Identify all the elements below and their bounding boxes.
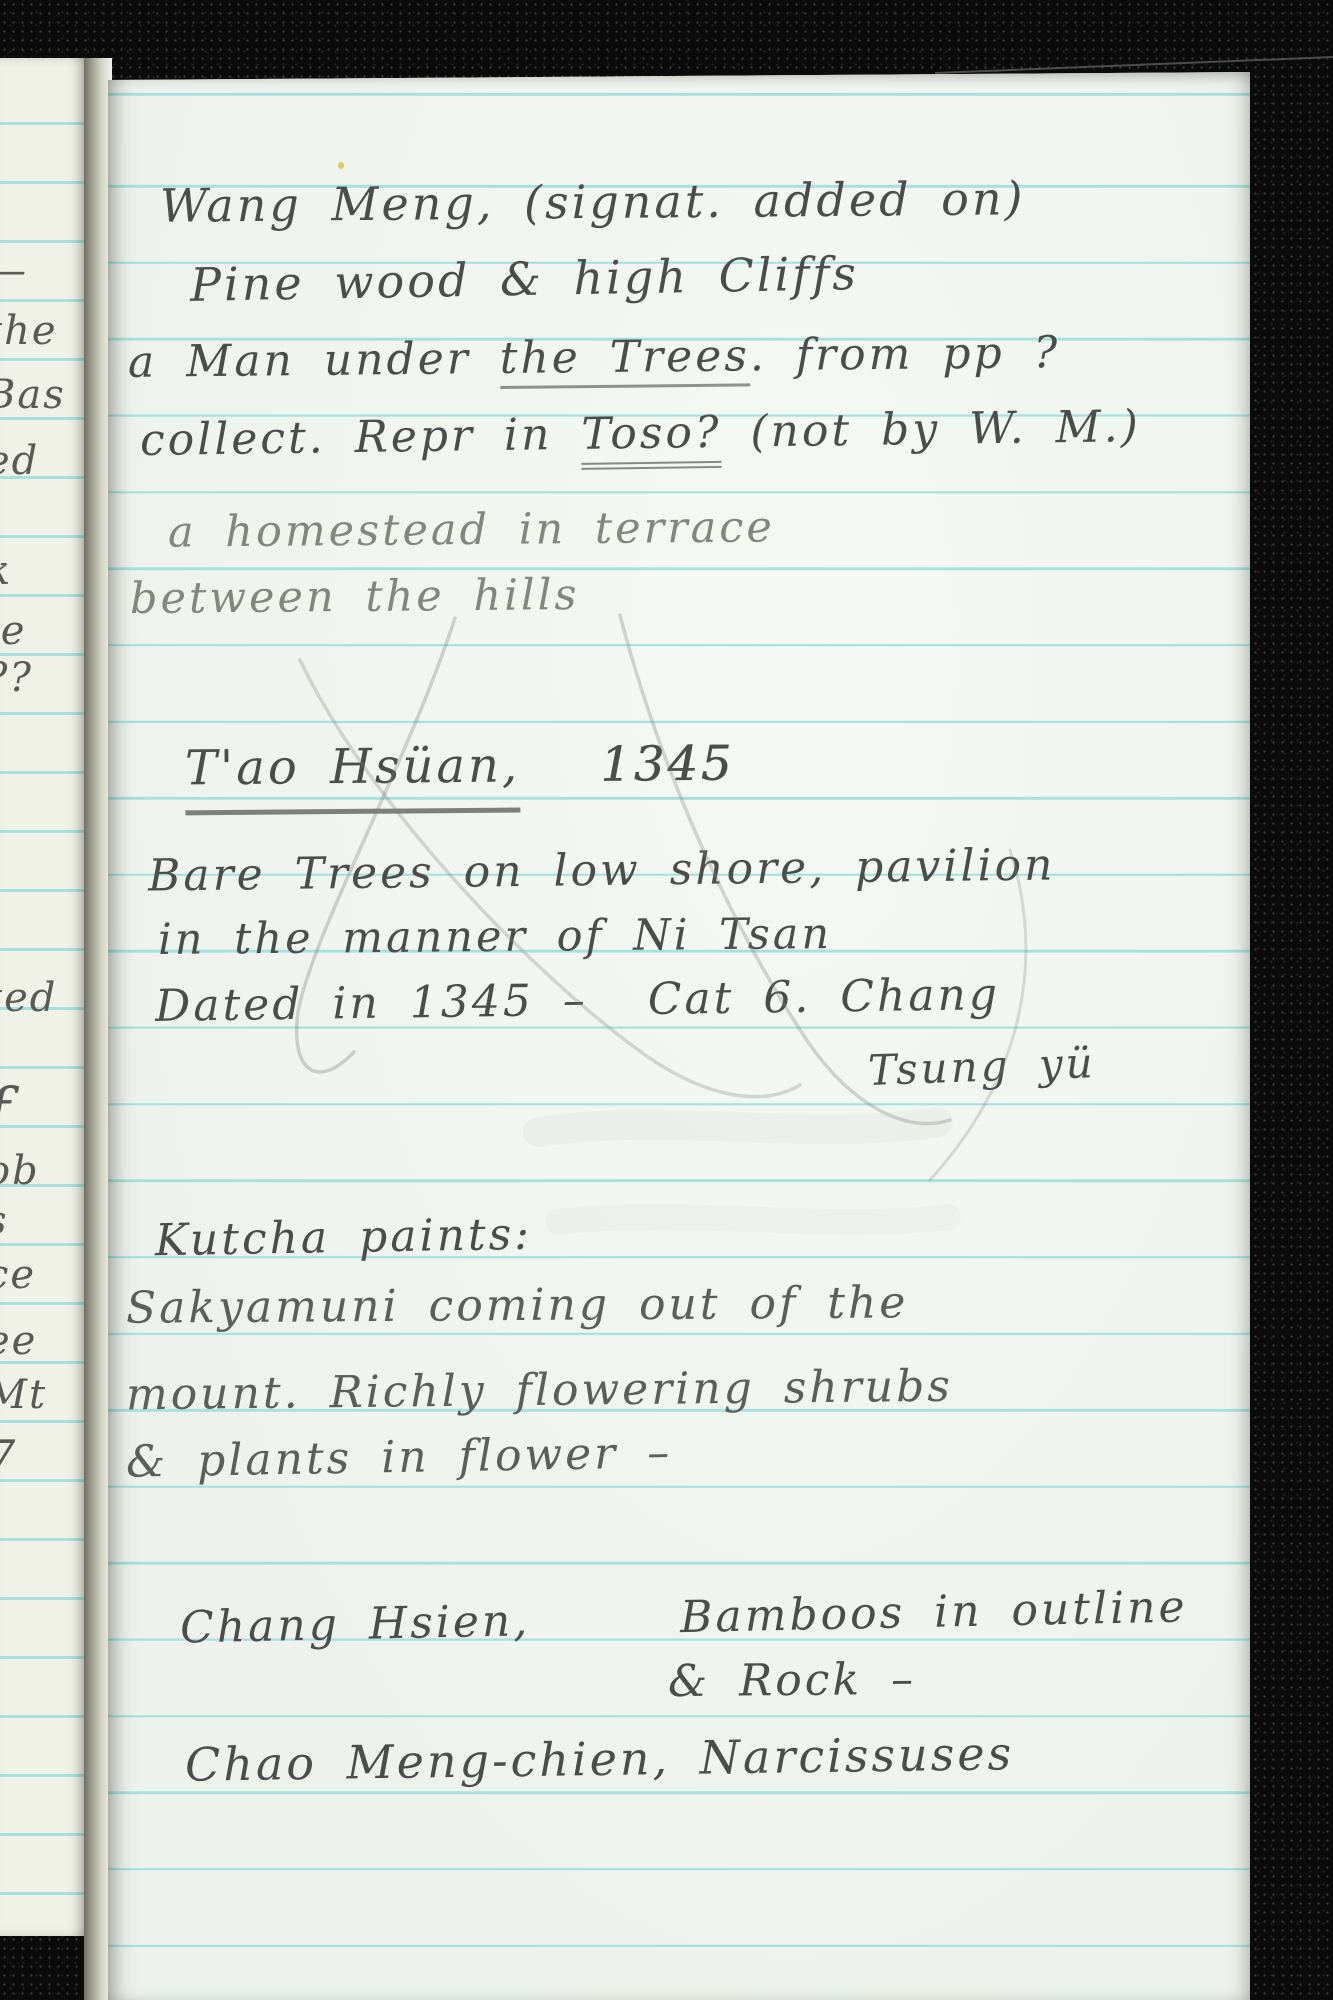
handwriting-fragment: — <box>0 248 28 294</box>
handwriting-fragment: 7 <box>0 1430 17 1484</box>
handwriting-fragment: ob <box>0 1148 40 1194</box>
scratch-mark <box>935 56 1333 74</box>
handwriting-fragment: k <box>0 548 12 594</box>
handwriting-fragment: ce <box>0 1252 36 1298</box>
handwritten-line: Sakyamuni coming out of the <box>126 1277 909 1333</box>
handwritten-line: & Rock – <box>668 1654 916 1707</box>
handwritten-line: in the manner of Ni Tsan <box>158 909 833 965</box>
paper-fleck <box>338 162 344 169</box>
handwritten-line: Chao Meng-chien, Narcissuses <box>185 1726 1015 1792</box>
handwriting-fragment: f <box>0 1075 12 1149</box>
handwriting-fragment: le <box>0 608 26 654</box>
underlined-words: T'ao Hsüan, <box>185 737 521 815</box>
handwritten-line: a homestead in terrace <box>168 502 775 557</box>
handwriting-fragment: Bas <box>0 372 66 418</box>
handwritten-line: T'ao Hsüan,1345 <box>185 736 735 797</box>
handwriting-fragment: s <box>0 1198 9 1244</box>
handwritten-line: collect. Repr in Toso? (not by W. M.) <box>140 401 1141 466</box>
year-number: 1345 <box>600 736 735 793</box>
line-text: Bamboos in outline <box>680 1581 1188 1643</box>
handwritten-line: Chang Hsien,Bamboos in outline <box>180 1581 1188 1653</box>
handwriting-fragment: the <box>0 308 58 354</box>
handwriting-fragment: ted <box>0 975 57 1021</box>
handwritten-line: Dated in 1345 –Cat 6. Chang <box>155 969 1001 1032</box>
handwritten-line: a Man under the Trees. from pp ? <box>128 327 1061 388</box>
underlined-words: the Trees <box>499 330 750 389</box>
handwritten-line: mount. Richly flowering shrubs <box>126 1361 953 1421</box>
double-underlined-word: Toso? <box>581 407 722 470</box>
notebook-page: Wang Meng, (signat. added on) Pine wood … <box>108 72 1250 2000</box>
handwritten-line: between the hills <box>130 570 580 624</box>
handwritten-line: Pine wood & high Cliffs <box>190 246 860 312</box>
line-text: Pine wood & high Cliffs <box>190 246 860 312</box>
handwritten-line: & plants in flower – <box>126 1427 673 1488</box>
handwritten-line: Wang Meng, (signat. added on) <box>160 171 1026 233</box>
handwriting-fragment: ee <box>0 1318 37 1364</box>
line-text: Wang Meng, (signat. added on) <box>160 171 1026 233</box>
handwritten-line: Bare Trees on low shore, pavilion <box>148 839 1056 901</box>
left-page-edge: — the Bas ed k le ?? ted f ob s ce ee Mt… <box>0 58 86 1936</box>
photo-background: — the Bas ed k le ?? ted f ob s ce ee Mt… <box>0 0 1333 2000</box>
handwritten-line: Kutcha paints: <box>155 1209 533 1267</box>
handwritten-line: Tsung yü <box>867 1038 1096 1095</box>
book-gutter <box>84 58 112 2000</box>
catalog-ref: Cat 6. Chang <box>647 969 1000 1025</box>
handwriting-fragment: ?? <box>0 655 33 701</box>
handwriting-fragment: Mt <box>0 1372 47 1418</box>
handwriting-fragment: ed <box>0 438 39 484</box>
